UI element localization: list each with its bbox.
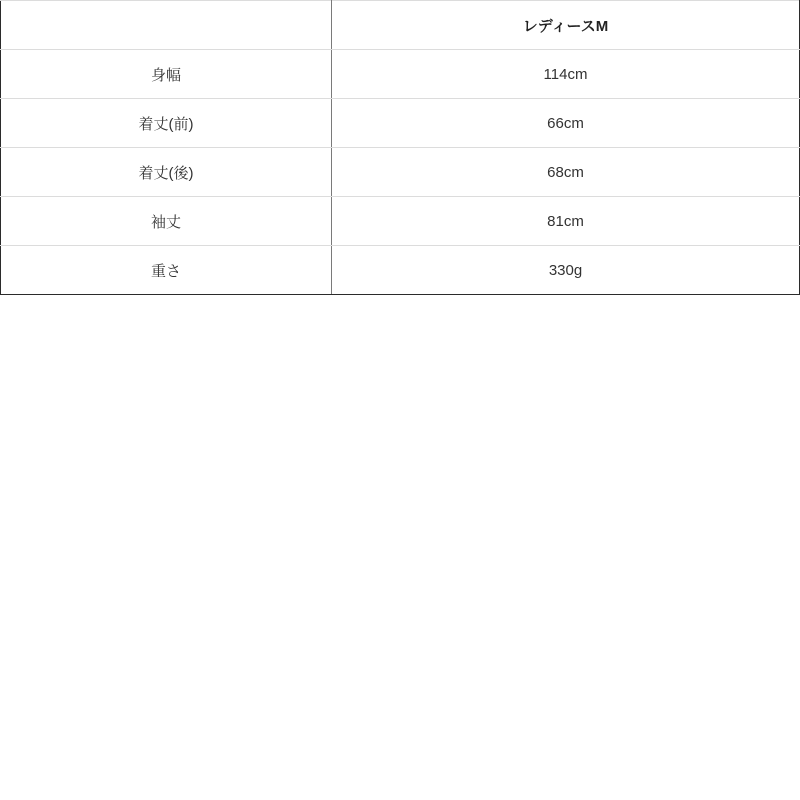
row-label-sleeve-length: 袖丈 [1, 197, 332, 246]
table-row: 着丈(前) 66cm [1, 99, 800, 148]
table-row: 身幅 114cm [1, 50, 800, 99]
table-row: 着丈(後) 68cm [1, 148, 800, 197]
row-value-length-back: 68cm [332, 148, 800, 197]
header-size-ladies-m: レディースM [332, 1, 800, 50]
row-label-weight: 重さ [1, 246, 332, 295]
row-value-sleeve-length: 81cm [332, 197, 800, 246]
row-label-body-width: 身幅 [1, 50, 332, 99]
table-row: 袖丈 81cm [1, 197, 800, 246]
table-header-row: レディースM [1, 1, 800, 50]
header-empty-cell [1, 1, 332, 50]
row-value-length-front: 66cm [332, 99, 800, 148]
size-chart-table: レディースM 身幅 114cm 着丈(前) 66cm 着丈(後) 68cm 袖丈… [0, 0, 800, 295]
row-label-length-front: 着丈(前) [1, 99, 332, 148]
row-value-weight: 330g [332, 246, 800, 295]
row-value-body-width: 114cm [332, 50, 800, 99]
row-label-length-back: 着丈(後) [1, 148, 332, 197]
table-row: 重さ 330g [1, 246, 800, 295]
